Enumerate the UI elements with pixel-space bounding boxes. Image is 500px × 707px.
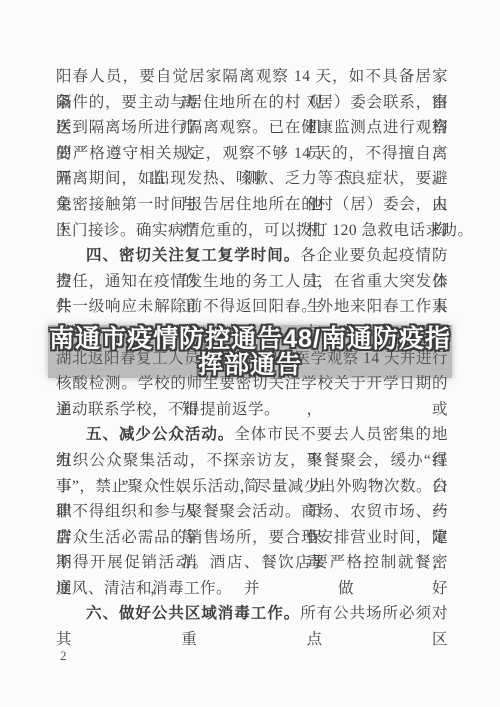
doc-line: 五、减少公众活动。全体市民不要去人员密集的地方，不得	[56, 422, 448, 448]
doc-line: 亲密接触第一时间报告居住地所在的村（居）委会，由医疗机构	[56, 192, 448, 218]
doc-line-text: 主动联系学校，不得提前返学。	[56, 401, 280, 418]
doc-line: 条件的，要主动与居住地所在的村（居）委会联系，由医疗机构	[56, 90, 448, 116]
page-number: 2	[60, 648, 67, 664]
document-page: 阳春人员，要自觉居家隔离观察 14 天，如不具备居家隔离观察条件的，要主动与居住…	[0, 0, 500, 707]
doc-line: 上门接诊。确实病情危重的，可以拨打 120 急救电话求助。	[56, 218, 448, 244]
doc-line: 要严格遵守相关规定，观察不够 14 天的，不得擅自离开监测点。	[56, 141, 448, 167]
doc-line: 组织公众聚集活动，不探亲访友，聚餐聚会，缓办“红事”，简办“白	[56, 448, 448, 474]
doc-line: 事”，禁止聚众性娱乐活动，尽量减少出外购物次数。公职人员一	[56, 474, 448, 500]
doc-line: 责任，通知在疫情发生地的务工人员，在省重大突发公共卫生事	[56, 269, 448, 295]
overlay-title-line2: 挥部通告	[198, 352, 302, 378]
doc-line: 不得开展促销活动。酒店、餐饮店要严格控制就餐密度，并做好	[56, 550, 448, 576]
doc-section-heading: 五、减少公众活动。	[86, 426, 234, 443]
doc-line-text: 上门接诊。确实病情危重的，可以拨打 120 急救电话求助。	[56, 222, 474, 239]
doc-line: 送到隔离场所进行隔离观察。已在健康监测点进行观察的人员，	[56, 115, 448, 141]
doc-line: 六、做好公共区域消毒工作。所有公共场所必须对其重点区	[56, 601, 448, 627]
doc-line-text: 通风、清洁和消毒工作。	[56, 580, 232, 597]
doc-line: 件一级响应未解除前不得返回阳春。外地来阳春工作人员要与用	[56, 294, 448, 320]
doc-line: 四、密切关注复工复学时间。各企业要负起疫情防控的主体	[56, 243, 448, 269]
doc-section-heading: 四、密切关注复工复学时间。	[86, 247, 300, 264]
title-overlay-band: 南通市疫情防控通告48/南通防疫指 挥部通告	[48, 325, 452, 378]
doc-line: 律不得组织和参与聚餐聚会活动。商场、农贸市场、药店等保障	[56, 499, 448, 525]
doc-line: 隔离期间，如出现发热、咳嗽、乏力等不良症状，要避免与他人	[56, 166, 448, 192]
doc-line: 群众生活必需品的销售场所，要合理安排营业时间，定期消毒，	[56, 525, 448, 551]
overlay-title-line1: 南通市疫情防控通告48/南通防疫指	[49, 326, 451, 352]
doc-section-heading: 六、做好公共区域消毒工作。	[86, 605, 300, 622]
doc-line: 阳春人员，要自觉居家隔离观察 14 天，如不具备居家隔离观察	[56, 64, 448, 90]
